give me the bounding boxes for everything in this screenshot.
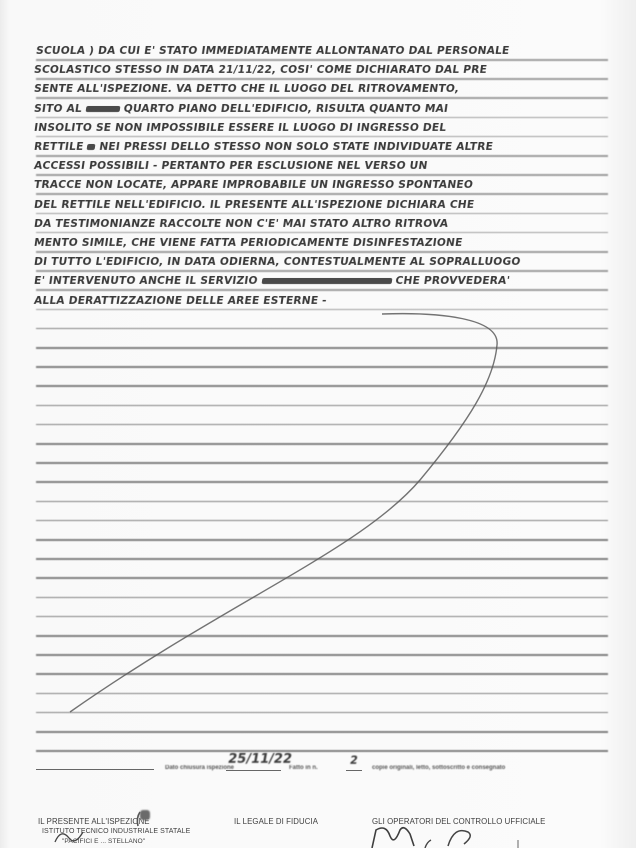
scribbled-out-word: x — [261, 278, 392, 284]
ruled-line — [36, 385, 608, 387]
scribbled-out-word: x — [85, 106, 120, 112]
ruled-line — [36, 193, 608, 195]
ruled-line — [36, 309, 608, 311]
ruled-line — [36, 232, 608, 234]
ruled-line — [36, 289, 608, 291]
ruled-line — [36, 59, 608, 61]
handwritten-line: INSOLITO SE NON IMPOSSIBILE ESSERE IL LU… — [33, 122, 610, 134]
closing-date-label: Dato chiusura ispezione — [165, 765, 234, 771]
ruled-line — [36, 558, 608, 560]
ruled-line — [36, 462, 608, 464]
school-stamp-name: "PACIFICI E ... STELLANO" — [62, 838, 145, 845]
ruled-line — [36, 597, 608, 599]
handwritten-line: SENTE ALL'ISPEZIONE. VA DETTO CHE IL LUO… — [33, 83, 610, 95]
ruled-line — [36, 635, 608, 637]
ruled-line — [36, 366, 608, 368]
ruled-line — [36, 539, 608, 541]
signature-label-operators: GLI OPERATORI DEL CONTROLLO UFFICIALE — [372, 817, 545, 826]
closing-date-value: 25/11/22 — [227, 752, 293, 767]
signature-label-legal: IL LEGALE DI FIDUCIA — [234, 817, 318, 826]
ruled-line — [36, 97, 608, 99]
date-underline — [226, 770, 281, 771]
ruled-line — [36, 750, 608, 752]
ruled-line — [36, 424, 608, 426]
copies-label: Fatto in n. — [289, 765, 318, 771]
ruled-line — [36, 347, 608, 349]
ruled-line — [36, 213, 608, 215]
ruled-line — [36, 520, 608, 522]
footer-blank-line — [36, 769, 154, 770]
handwritten-line: DEL RETTILE NELL'EDIFICIO. IL PRESENTE A… — [33, 199, 610, 211]
school-stamp-text: ISTITUTO TECNICO INDUSTRIALE STATALE — [42, 828, 190, 835]
copies-underline — [346, 770, 362, 771]
ruled-line — [36, 78, 608, 80]
handwritten-line: DA TESTIMONIANZE RACCOLTE NON C'E' MAI S… — [33, 218, 610, 230]
ruled-line — [36, 616, 608, 618]
handwritten-line: TRACCE NON LOCATE, APPARE IMPROBABILE UN… — [33, 179, 610, 191]
ruled-line — [36, 405, 608, 407]
ruled-line — [36, 270, 608, 272]
ruled-line — [36, 731, 608, 733]
ruled-line — [36, 693, 608, 695]
handwritten-line: ALLA DERATTIZZAZIONE DELLE AREE ESTERNE … — [33, 295, 610, 307]
handwritten-line: DI TUTTO L'EDIFICIO, IN DATA ODIERNA, CO… — [33, 256, 610, 268]
ruled-line — [36, 117, 608, 119]
handwritten-line: E' INTERVENUTO ANCHE IL SERVIZIO x CHE P… — [33, 275, 610, 287]
copies-value: 2 — [349, 754, 359, 767]
ruled-line — [36, 328, 608, 330]
handwritten-line: SITO AL x QUARTO PIANO DELL'EDIFICIO, RI… — [33, 103, 610, 115]
handwritten-line: RETTILE x NEI PRESSI DELLO STESSO NON SO… — [33, 141, 610, 153]
scribbled-out-word: x — [87, 144, 96, 150]
ruled-line — [36, 174, 608, 176]
signature-label-present: IL PRESENTE ALL'ISPEZIONE — [38, 817, 150, 826]
ruled-line — [36, 136, 608, 138]
handwritten-line: SCUOLA ) DA CUI E' STATO IMMEDIATAMENTE … — [35, 45, 612, 57]
ruled-line — [36, 673, 608, 675]
handwritten-line: ACCESSI POSSIBILI - PERTANTO PER ESCLUSI… — [33, 160, 610, 172]
ruled-line — [36, 577, 608, 579]
ruled-line — [36, 501, 608, 503]
ruled-line — [36, 481, 608, 483]
ruled-line — [36, 712, 608, 714]
ruled-line — [36, 654, 608, 656]
copies-suffix: copie originali, letto, sottoscritto e c… — [372, 765, 505, 771]
school-stamp-icon — [140, 810, 150, 820]
ruled-line — [36, 155, 608, 157]
ruled-line — [36, 443, 608, 445]
ruled-line — [36, 251, 608, 253]
handwritten-line: SCOLASTICO STESSO IN DATA 21/11/22, COSI… — [33, 64, 610, 76]
handwritten-line: MENTO SIMILE, CHE VIENE FATTA PERIODICAM… — [33, 237, 610, 249]
scanned-document-page: SCUOLA ) DA CUI E' STATO IMMEDIATAMENTE … — [0, 0, 636, 848]
